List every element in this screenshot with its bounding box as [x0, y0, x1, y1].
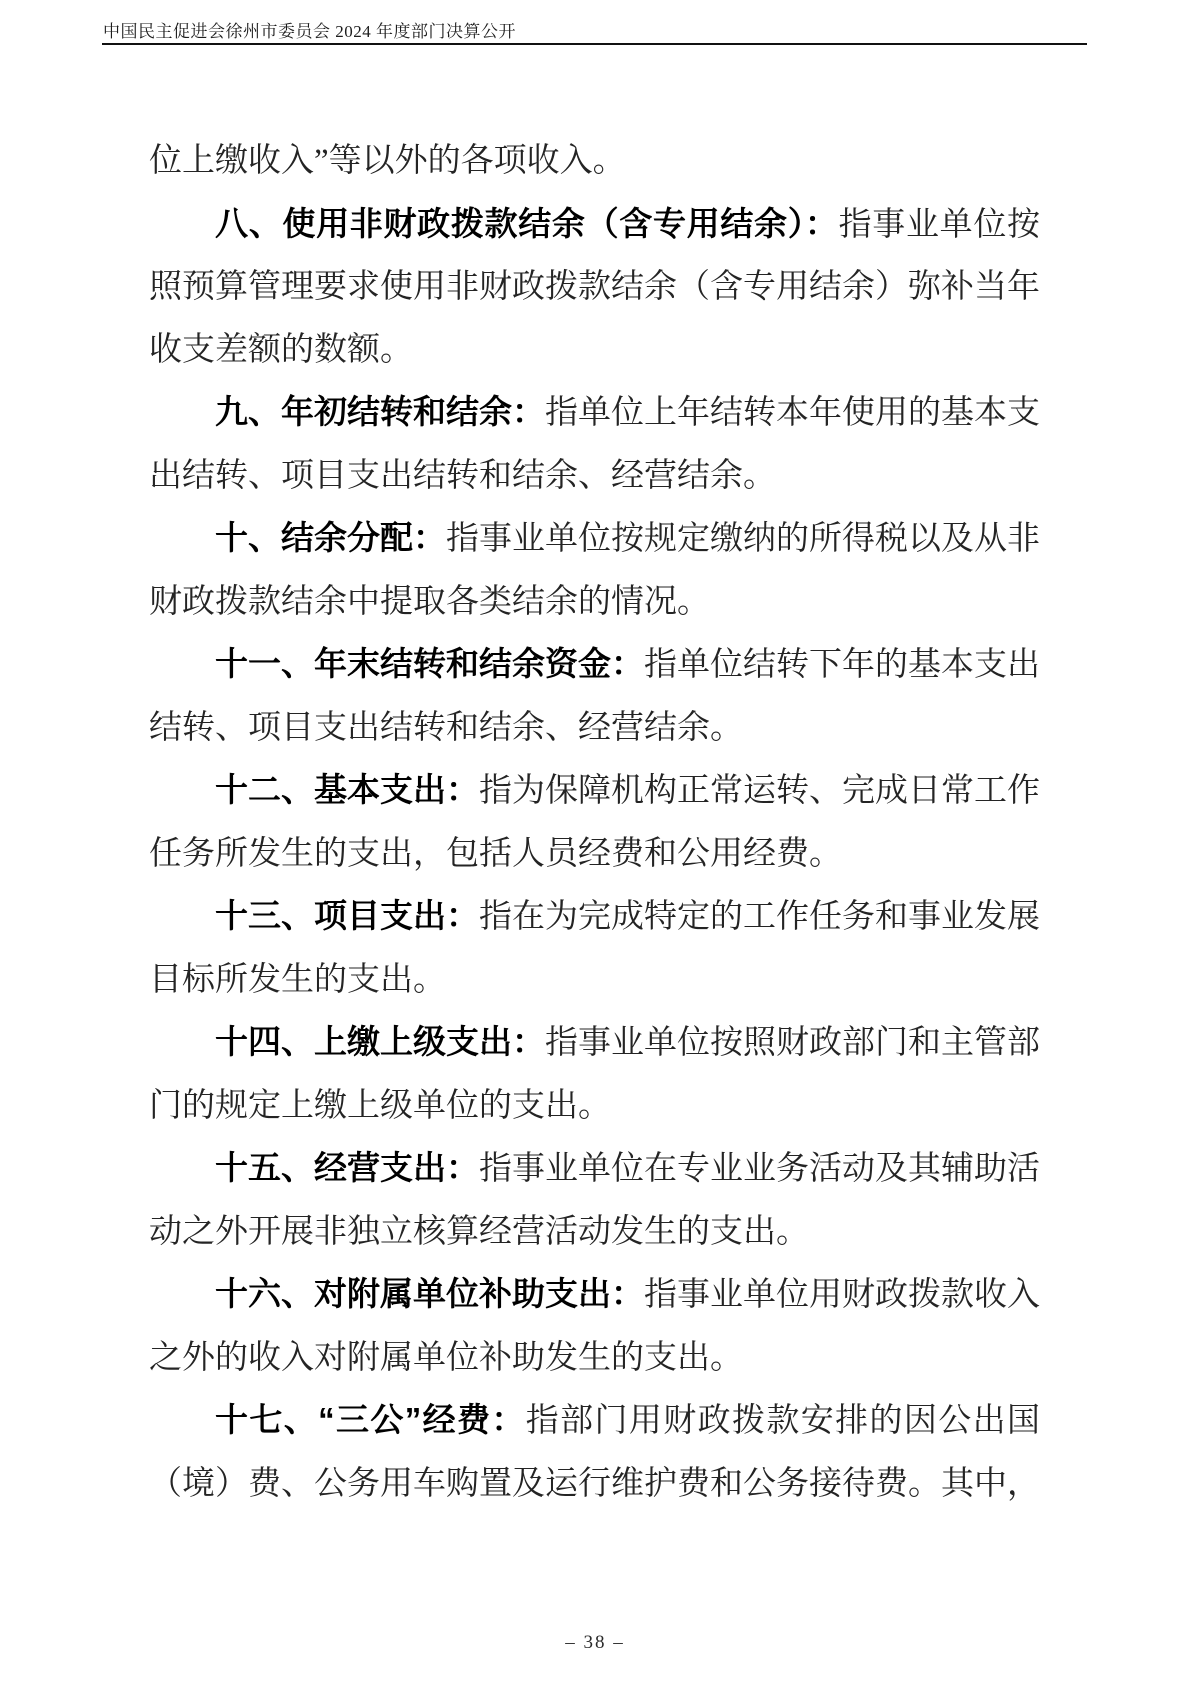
- term-label: 八、使用非财政拨款结余（含专用结余）：: [215, 205, 839, 242]
- paragraph-definition-16: 十六、对附属单位补助支出：指事业单位用财政拨款收入之外的收入对附属单位补助发生的…: [149, 1263, 1040, 1389]
- paragraph-definition-9: 九、年初结转和结余：指单位上年结转本年使用的基本支出结转、项目支出结转和结余、经…: [149, 381, 1040, 507]
- header-rule: [102, 43, 1087, 45]
- document-page: 中国民主促进会徐州市委员会 2024 年度部门决算公开 位上缴收入”等以外的各项…: [0, 0, 1190, 1683]
- term-label: 十二、基本支出：: [215, 771, 479, 808]
- paragraph-definition-15: 十五、经营支出：指事业单位在专业业务活动及其辅助活动之外开展非独立核算经营活动发…: [149, 1137, 1040, 1263]
- paragraph-definition-8: 八、使用非财政拨款结余（含专用结余）：指事业单位按照预算管理要求使用非财政拨款结…: [149, 193, 1040, 382]
- term-label: 十六、对附属单位补助支出：: [215, 1275, 644, 1312]
- term-label: 十四、上缴上级支出：: [215, 1023, 545, 1060]
- paragraph-definition-11: 十一、年末结转和结余资金：指单位结转下年的基本支出结转、项目支出结转和结余、经营…: [149, 633, 1040, 759]
- term-label: 十一、年末结转和结余资金：: [215, 645, 644, 682]
- paragraph-definition-10: 十、结余分配：指事业单位按规定缴纳的所得税以及从非财政拨款结余中提取各类结余的情…: [149, 507, 1040, 633]
- paragraph-definition-13: 十三、项目支出：指在为完成特定的工作任务和事业发展目标所发生的支出。: [149, 885, 1040, 1011]
- document-body: 位上缴收入”等以外的各项收入。 八、使用非财政拨款结余（含专用结余）：指事业单位…: [149, 130, 1040, 1515]
- header-title: 中国民主促进会徐州市委员会 2024 年度部门决算公开: [103, 17, 516, 42]
- term-label: 十五、经营支出：: [215, 1149, 479, 1186]
- term-label: 九、年初结转和结余：: [215, 393, 545, 430]
- paragraph-continuation: 位上缴收入”等以外的各项收入。: [149, 130, 1040, 193]
- paragraph-definition-17: 十七、“三公”经费：指部门用财政拨款安排的因公出国（境）费、公务用车购置及运行维…: [149, 1389, 1040, 1515]
- term-label: 十七、“三公”经费：: [215, 1401, 526, 1438]
- term-label: 十、结余分配：: [215, 519, 446, 556]
- page-number: – 38 –: [0, 1632, 1190, 1654]
- paragraph-definition-14: 十四、上缴上级支出：指事业单位按照财政部门和主管部门的规定上缴上级单位的支出。: [149, 1011, 1040, 1137]
- term-label: 十三、项目支出：: [215, 897, 479, 934]
- paragraph-definition-12: 十二、基本支出：指为保障机构正常运转、完成日常工作任务所发生的支出，包括人员经费…: [149, 759, 1040, 885]
